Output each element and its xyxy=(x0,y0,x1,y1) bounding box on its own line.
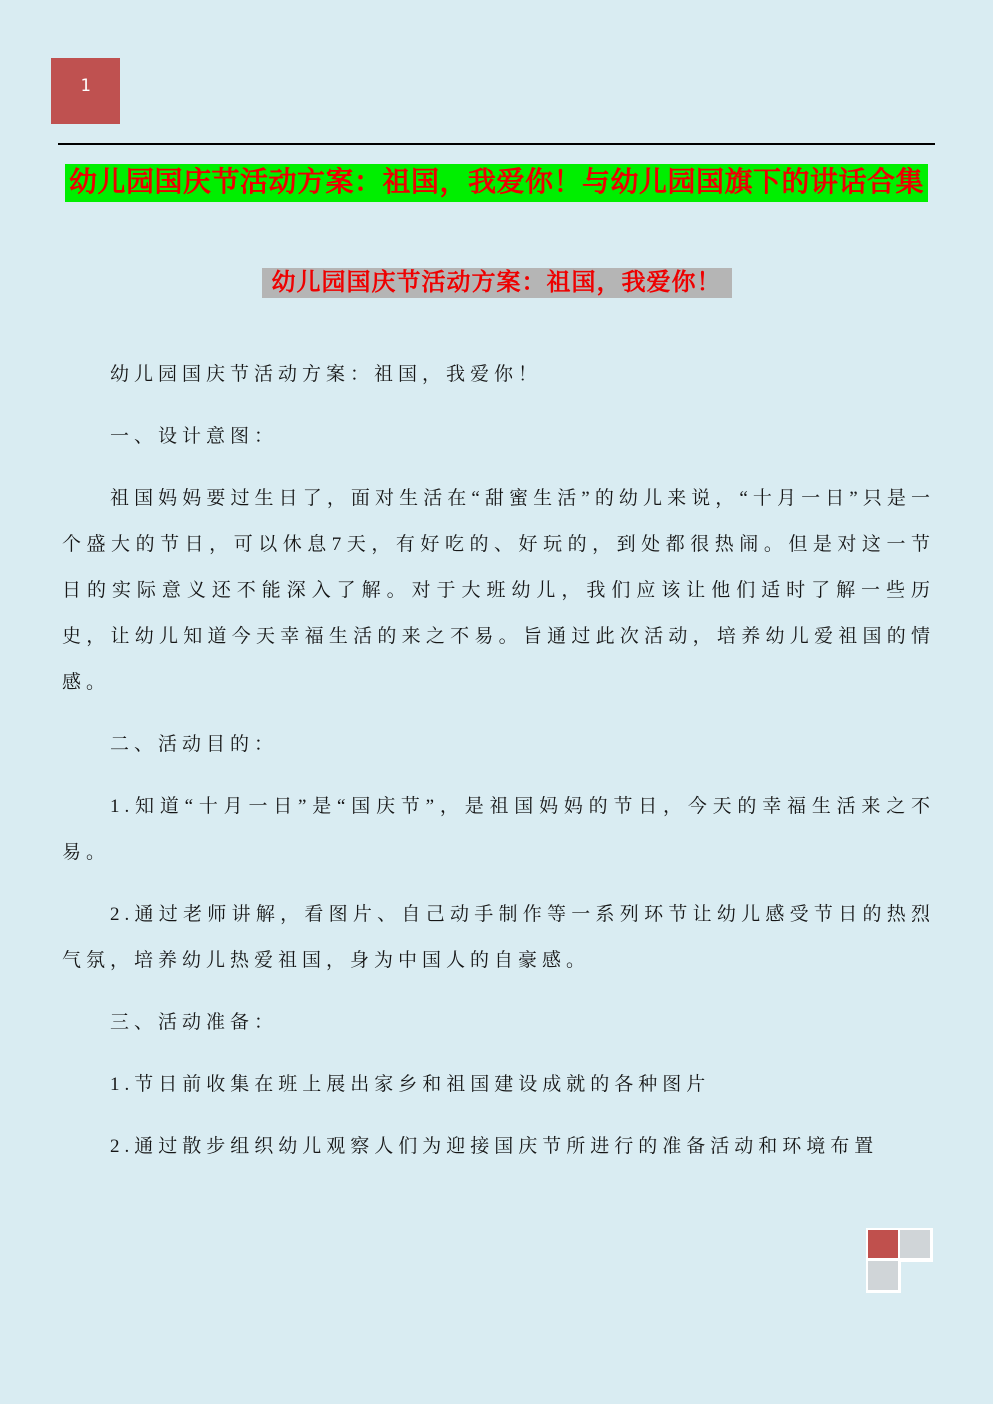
decoration-red-square xyxy=(868,1230,898,1258)
paragraph-prep-2: 2.通过散步组织幼儿观察人们为迎接国庆节所进行的准备活动和环境布置 xyxy=(62,1124,935,1170)
document-body: 幼儿园国庆节活动方案：祖国，我爱你！ 一、设计意图： 祖国妈妈要过生日了，面对生… xyxy=(62,352,935,1186)
heading-activity-prep: 三、活动准备： xyxy=(62,1000,935,1046)
document-page: 1 幼儿园国庆节活动方案：祖国，我爱你！与幼儿园国旗下的讲话合集 幼儿园国庆节活… xyxy=(0,0,993,1404)
decoration-gray-square-top xyxy=(900,1230,930,1258)
heading-activity-goals: 二、活动目的： xyxy=(62,722,935,768)
corner-squares-decoration xyxy=(866,1228,933,1293)
page-number-badge: 1 xyxy=(51,58,120,124)
document-title: 幼儿园国庆节活动方案：祖国，我爱你！与幼儿园国旗下的讲话合集 xyxy=(65,164,928,202)
paragraph-goal-2: 2.通过老师讲解，看图片、自己动手制作等一系列环节让幼儿感受节日的热烈气氛，培养… xyxy=(62,892,935,984)
header-divider-rule xyxy=(58,143,935,145)
document-subtitle-row: 幼儿园国庆节活动方案：祖国，我爱你！ xyxy=(0,268,993,298)
heading-design-intent: 一、设计意图： xyxy=(62,414,935,460)
paragraph-intro: 幼儿园国庆节活动方案：祖国，我爱你！ xyxy=(62,352,935,398)
document-title-row: 幼儿园国庆节活动方案：祖国，我爱你！与幼儿园国旗下的讲话合集 xyxy=(0,164,993,202)
paragraph-prep-1: 1.节日前收集在班上展出家乡和祖国建设成就的各种图片 xyxy=(62,1062,935,1108)
paragraph-goal-1: 1.知道“十月一日”是“国庆节”，是祖国妈妈的节日，今天的幸福生活来之不易。 xyxy=(62,784,935,876)
document-subtitle: 幼儿园国庆节活动方案：祖国，我爱你！ xyxy=(262,268,732,298)
paragraph-design-intent: 祖国妈妈要过生日了，面对生活在“甜蜜生活”的幼儿来说，“十月一日”只是一个盛大的… xyxy=(62,476,935,706)
decoration-gray-square-bottom xyxy=(868,1261,898,1290)
